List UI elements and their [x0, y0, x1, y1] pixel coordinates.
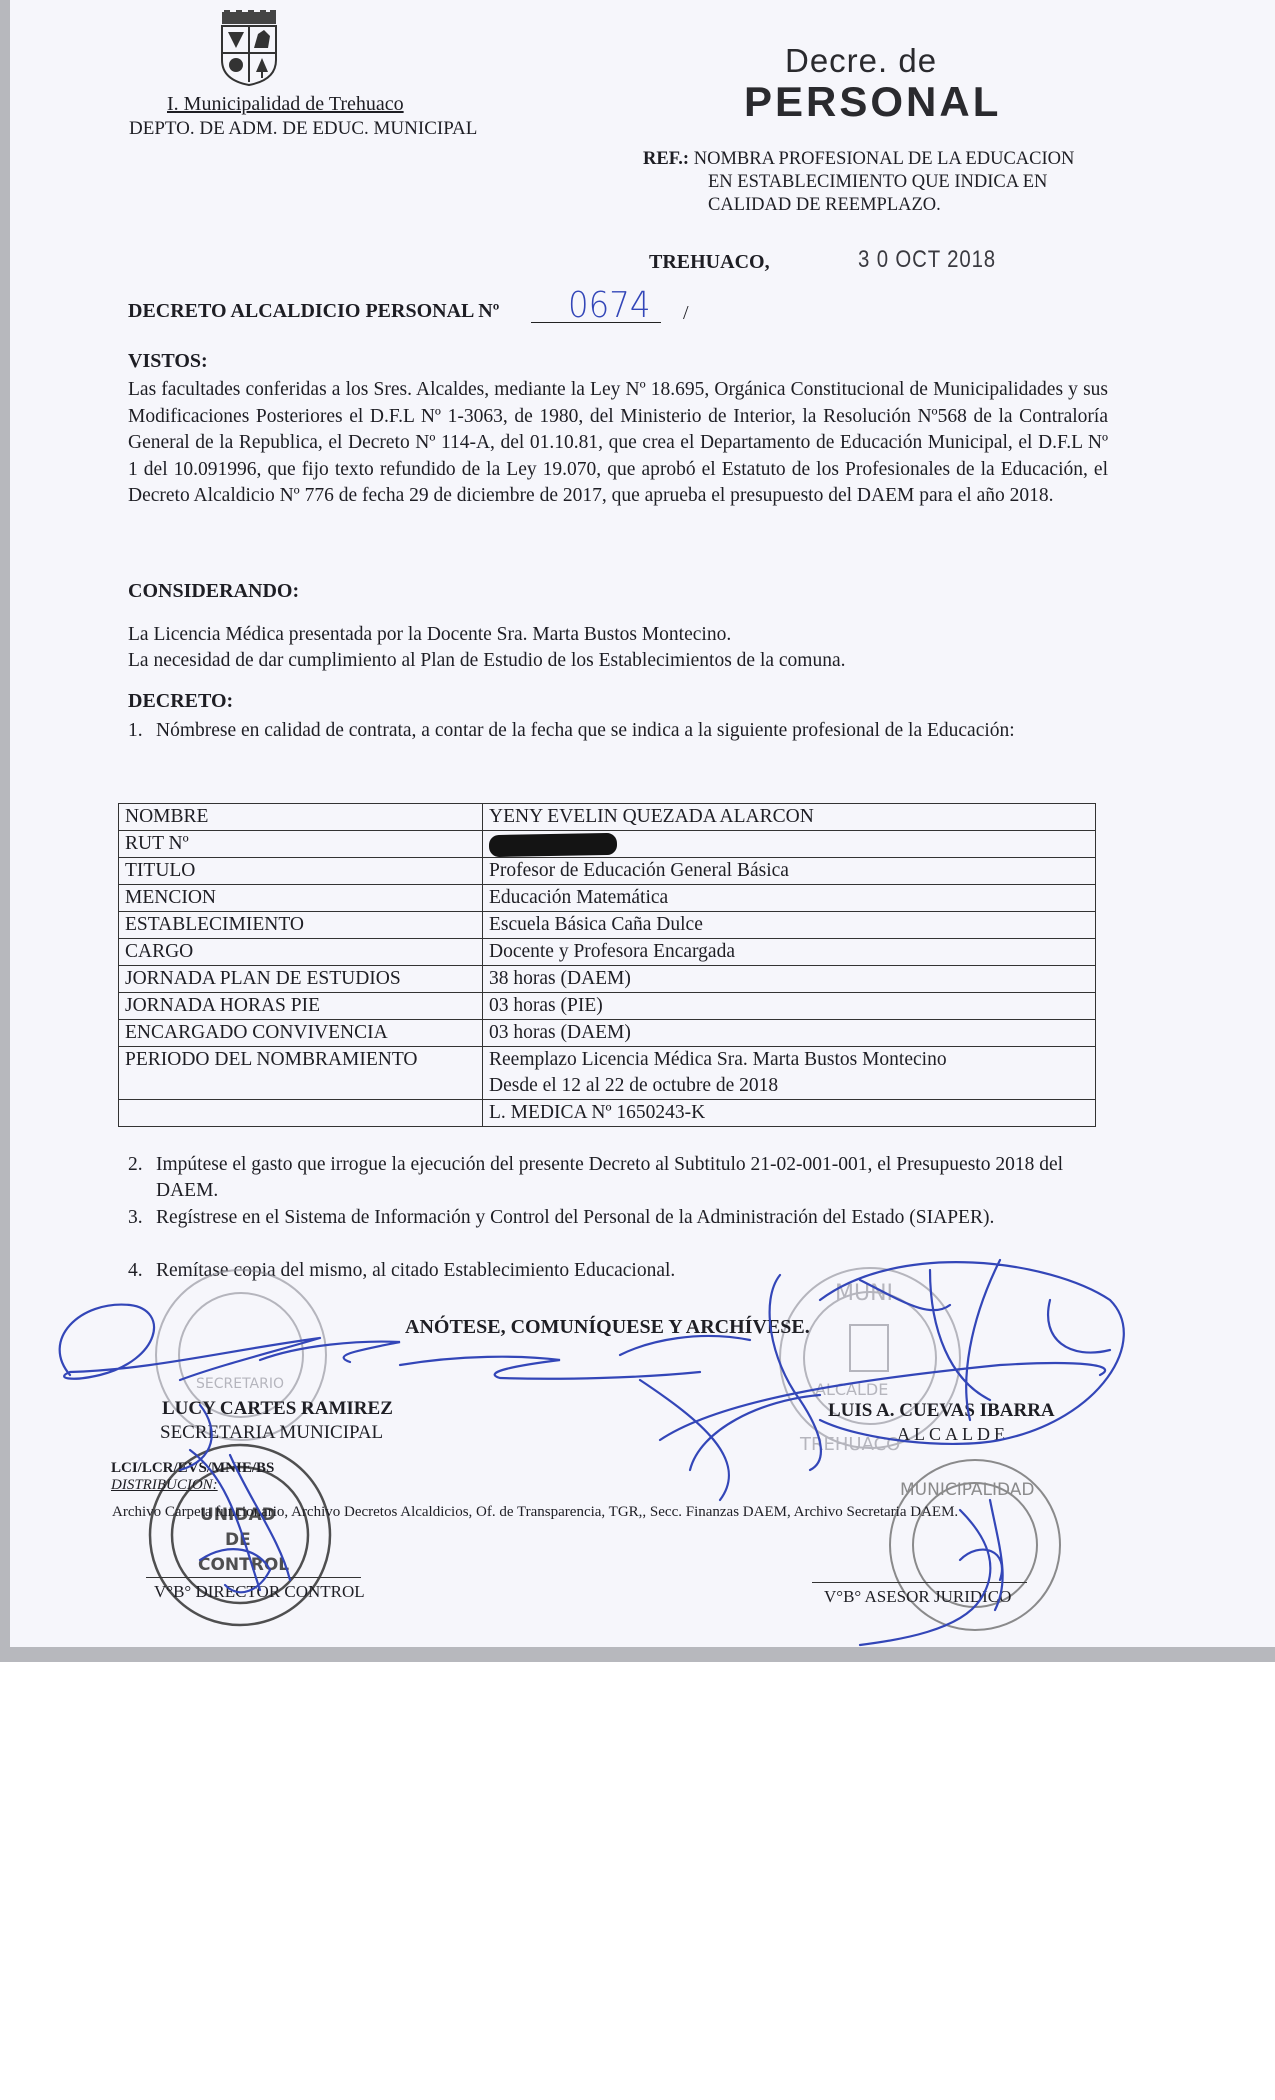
- row-value: Reemplazo Licencia Médica Sra. Marta Bus…: [483, 1047, 1096, 1074]
- row-value: Educación Matemática: [483, 885, 1096, 912]
- mayor-role: ALCALDE: [897, 1424, 1009, 1445]
- row-label: NOMBRE: [119, 804, 483, 831]
- table-row: PERIODO DEL NOMBRAMIENTOReemplazo Licenc…: [119, 1047, 1096, 1074]
- table-row: ENCARGADO CONVIVENCIA03 horas (DAEM): [119, 1020, 1096, 1047]
- decree-stamp-line1: Decre. de: [785, 42, 937, 80]
- item-text: Regístrese en el Sistema de Información …: [156, 1205, 1108, 1231]
- vistos-paragraph: Las facultades conferidas a los Sres. Al…: [128, 377, 1108, 510]
- decreto-heading: DECRETO:: [128, 690, 233, 713]
- city-label: TREHUACO,: [649, 251, 770, 274]
- row-value: 38 horas (DAEM): [483, 966, 1096, 993]
- row-value: Profesor de Educación General Básica: [483, 858, 1096, 885]
- item-number: 2.: [128, 1152, 143, 1178]
- appointee-details-table: NOMBREYENY EVELIN QUEZADA ALARCON RUT Nº…: [118, 803, 1096, 1127]
- distribution-label: DISTRIBUCION:: [111, 1477, 218, 1494]
- row-label: PERIODO DEL NOMBRAMIENTO: [119, 1047, 483, 1100]
- ref-label: REF.:: [643, 149, 689, 169]
- table-row: L. MEDICA Nº 1650243-K: [119, 1100, 1096, 1127]
- ref-line-2: EN ESTABLECIMIENTO QUE INDICA EN: [643, 171, 1074, 194]
- table-row: CARGODocente y Profesora Encargada: [119, 939, 1096, 966]
- row-label: RUT Nº: [119, 831, 483, 858]
- considerando-line-1: La Licencia Médica presentada por la Doc…: [128, 624, 731, 646]
- redaction-mark: [489, 832, 617, 856]
- row-label: ESTABLECIMIENTO: [119, 912, 483, 939]
- secretary-name: LUCY CARTES RAMIREZ: [162, 1398, 393, 1420]
- vb-director-control: V°B° DIRECTOR CONTROL: [154, 1582, 365, 1602]
- municipal-crest-icon: [218, 10, 280, 86]
- row-value: Docente y Profesora Encargada: [483, 939, 1096, 966]
- decreto-item-4: 4. Remítase copia del mismo, al citado E…: [128, 1258, 1108, 1284]
- considerando-line-2: La necesidad de dar cumplimiento al Plan…: [128, 650, 846, 672]
- secretary-role: SECRETARIA MUNICIPAL: [160, 1422, 383, 1444]
- item-text: Nómbrese en calidad de contrata, a conta…: [156, 718, 1108, 744]
- row-label: MENCION: [119, 885, 483, 912]
- reference-block: REF.: NOMBRA PROFESIONAL DE LA EDUCACION…: [643, 148, 1074, 217]
- item-number: 3.: [128, 1205, 143, 1231]
- table-row: NOMBREYENY EVELIN QUEZADA ALARCON: [119, 804, 1096, 831]
- row-label: CARGO: [119, 939, 483, 966]
- item-text: Impútese el gasto que irrogue la ejecuci…: [156, 1152, 1108, 1204]
- row-value: 03 horas (PIE): [483, 993, 1096, 1020]
- ref-line-1: NOMBRA PROFESIONAL DE LA EDUCACION: [694, 149, 1075, 169]
- vb-juridico-line: [812, 1582, 1027, 1583]
- vb-control-line: [146, 1577, 361, 1578]
- table-row: TITULOProfesor de Educación General Bási…: [119, 858, 1096, 885]
- item-text: Remítase copia del mismo, al citado Esta…: [156, 1258, 1108, 1284]
- decreto-item-1: 1. Nómbrese en calidad de contrata, a co…: [128, 718, 1108, 744]
- decree-number-slash: /: [683, 302, 689, 325]
- distribution-list: Archivo Carpeta funcionario, Archivo Dec…: [112, 1504, 958, 1521]
- ref-line-3: CALIDAD DE REEMPLAZO.: [643, 194, 1074, 217]
- vb-asesor-juridico: V°B° ASESOR JURIDICO: [824, 1587, 1011, 1607]
- table-row: RUT Nº: [119, 831, 1096, 858]
- item-number: 1.: [128, 718, 143, 744]
- row-label: JORNADA HORAS PIE: [119, 993, 483, 1020]
- row-value: 03 horas (DAEM): [483, 1020, 1096, 1047]
- row-label: TITULO: [119, 858, 483, 885]
- table-row: JORNADA PLAN DE ESTUDIOS38 horas (DAEM): [119, 966, 1096, 993]
- row-value: L. MEDICA Nº 1650243-K: [483, 1100, 1096, 1127]
- department-name: DEPTO. DE ADM. DE EDUC. MUNICIPAL: [129, 118, 477, 140]
- closing-formula: ANÓTESE, COMUNÍQUESE Y ARCHÍVESE.: [405, 1316, 810, 1339]
- municipality-name: I. Municipalidad de Trehuaco: [167, 93, 404, 116]
- row-label: ENCARGADO CONVIVENCIA: [119, 1020, 483, 1047]
- row-value: Desde el 12 al 22 de octubre de 2018: [483, 1073, 1096, 1100]
- decree-number-label: DECRETO ALCALDICIO PERSONAL Nº: [128, 300, 499, 323]
- mayor-name: LUIS A. CUEVAS IBARRA: [828, 1400, 1055, 1422]
- row-label: [119, 1100, 483, 1127]
- considerando-heading: CONSIDERANDO:: [128, 580, 299, 603]
- author-initials: LCI/LCR/EVS/MNIE/BS: [111, 1460, 274, 1477]
- row-value-redacted: [483, 831, 1096, 858]
- date-stamp: 3 0 OCT 2018: [858, 246, 996, 274]
- row-value: Escuela Básica Caña Dulce: [483, 912, 1096, 939]
- row-label: JORNADA PLAN DE ESTUDIOS: [119, 966, 483, 993]
- decreto-item-2: 2. Impútese el gasto que irrogue la ejec…: [128, 1152, 1108, 1204]
- table-row: JORNADA HORAS PIE03 horas (PIE): [119, 993, 1096, 1020]
- item-number: 4.: [128, 1258, 143, 1284]
- decreto-item-3: 3. Regístrese en el Sistema de Informaci…: [128, 1205, 1108, 1231]
- table-row: MENCIONEducación Matemática: [119, 885, 1096, 912]
- decree-number-handwritten: 0674: [568, 285, 650, 326]
- decree-stamp-line2: PERSONAL: [744, 78, 1001, 126]
- row-value: YENY EVELIN QUEZADA ALARCON: [483, 804, 1096, 831]
- table-row: ESTABLECIMIENTOEscuela Básica Caña Dulce: [119, 912, 1096, 939]
- vistos-heading: VISTOS:: [128, 350, 208, 373]
